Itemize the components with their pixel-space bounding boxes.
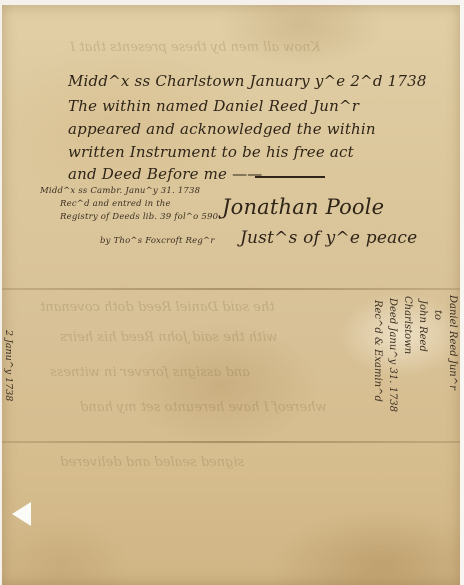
acknowledgment-line: The within named Daniel Reed Jun^r	[68, 97, 359, 115]
docket-line: to	[432, 310, 443, 320]
bleed-through-text: and assigns forever in witness	[50, 365, 250, 380]
docket-line: Deed Janu^y 31. 1738	[387, 298, 398, 412]
acknowledgment-line: appeared and acknowledged the within	[68, 120, 376, 138]
docket-line: John Reed	[417, 300, 428, 352]
recording-note-line: by Tho^s Foxcroft Reg^r	[100, 236, 215, 246]
acknowledgment-line: and Deed Before me ——	[68, 165, 263, 183]
acknowledgment-line: written Instrument to be his free act	[68, 143, 354, 161]
acknowledgment-line: Midd^x ss Charlstown January y^e 2^d 173…	[68, 72, 427, 90]
bleed-through-text: signed sealed and delivered	[60, 455, 244, 470]
bleed-through-text: the said Daniel Reed doth covenant	[40, 300, 275, 315]
recording-note-line: Midd^x ss Cambr. Janu^y 31. 1738	[40, 186, 200, 196]
fold-line-lower	[2, 441, 460, 443]
signature-title: Just^s of y^e peace	[240, 228, 417, 248]
bleed-through-text: whereof I have hereunto set my hand	[80, 400, 327, 415]
docket-line: Charlstown	[402, 296, 413, 354]
signature-rule	[255, 176, 325, 178]
docket-line: Rec^d & Examin^d	[372, 300, 383, 402]
signature-name: Jonathan Poole	[222, 195, 384, 219]
recording-note-line: Rec^d and entred in the	[60, 199, 171, 209]
bleed-through-text: Know all men by these presents that I	[70, 40, 320, 55]
fold-line-upper	[2, 288, 460, 290]
recording-note-line: Registry of Deeds lib. 39 fol^o 590.	[60, 212, 221, 222]
margin-date: 2 Janu^y 1738	[3, 330, 14, 401]
docket-line: Daniel Reed Jun^r	[447, 295, 458, 390]
bleed-through-text: with the said John Reed his heirs	[60, 330, 277, 345]
paper-notch	[12, 502, 31, 526]
manuscript-page	[2, 5, 460, 585]
page-edge	[460, 0, 464, 585]
